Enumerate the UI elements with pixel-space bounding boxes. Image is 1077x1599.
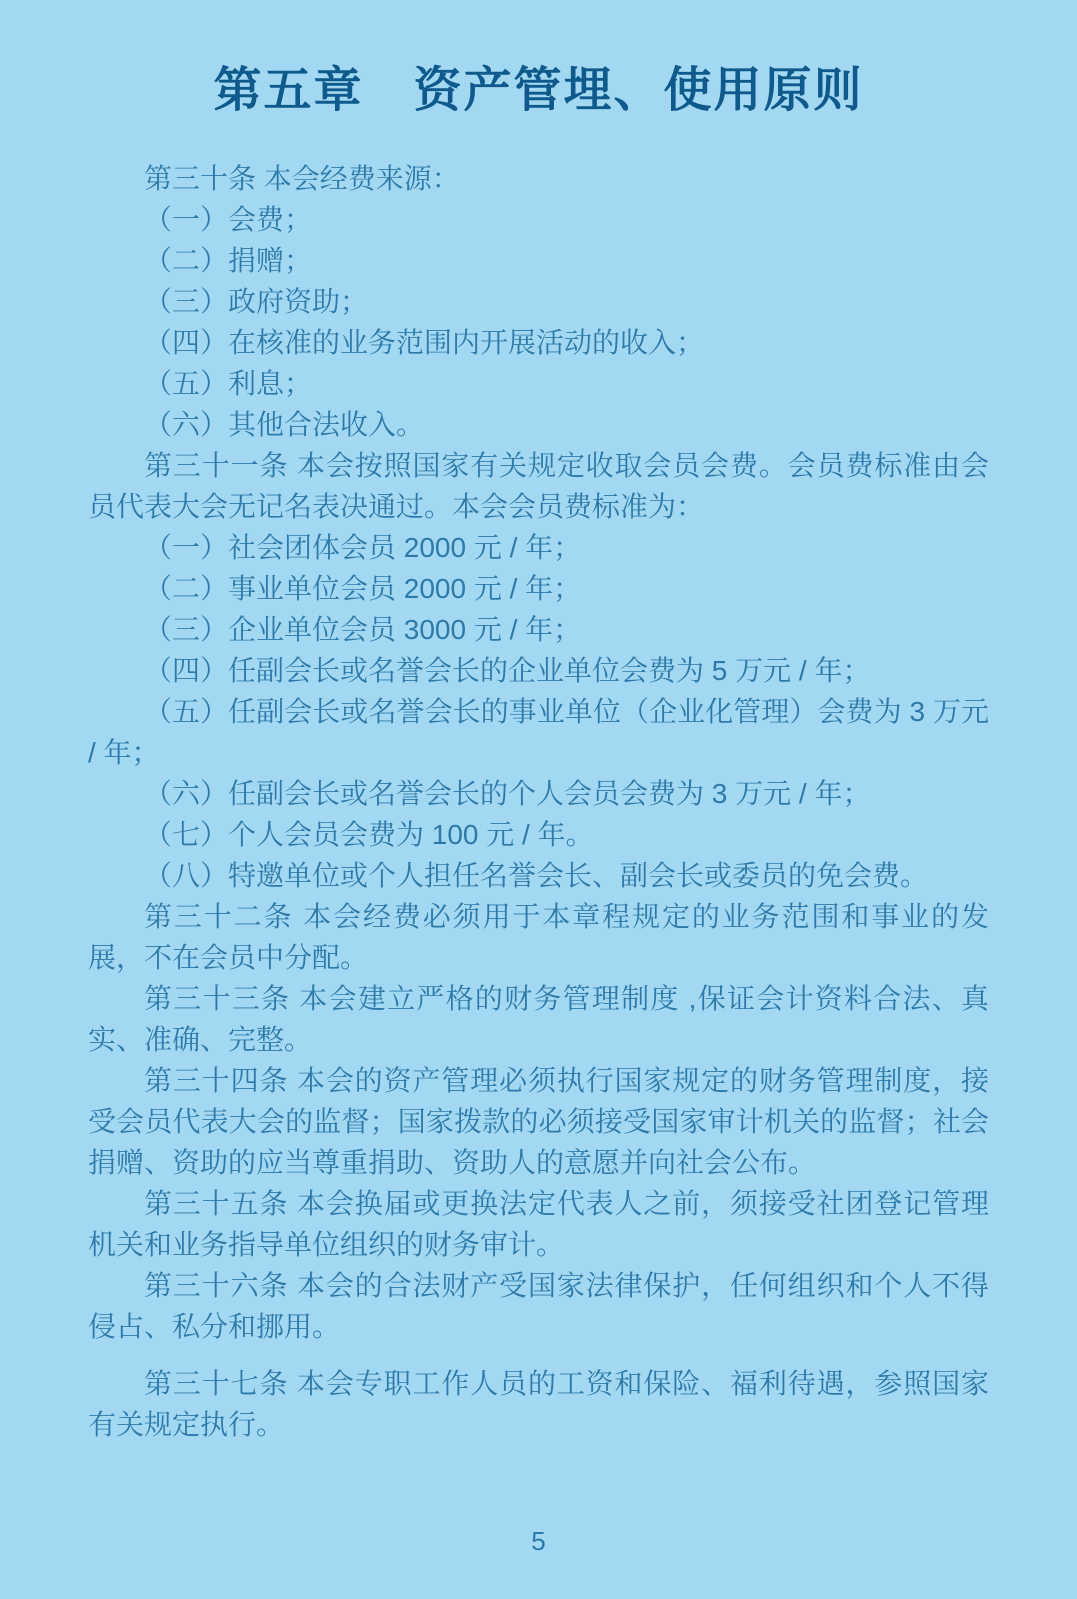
- paragraph: 第三十六条 本会的合法财产受国家法律保护，任何组织和个人不得侵占、私分和挪用。: [88, 1265, 989, 1347]
- paragraph: （六）任副会长或名誉会长的个人会员会费为 3 万元 / 年；: [88, 773, 989, 814]
- paragraph: 第三十二条 本会经费必须用于本章程规定的业务范围和事业的发展，不在会员中分配。: [88, 896, 989, 978]
- paragraph: 第三十一条 本会按照国家有关规定收取会员会费。会员费标准由会员代表大会无记名表决…: [88, 445, 989, 527]
- paragraph: 第三十七条 本会专职工作人员的工资和保险、福利待遇，参照国家有关规定执行。: [88, 1363, 989, 1445]
- paragraph: （四）在核准的业务范围内开展活动的收入；: [88, 322, 989, 363]
- document-page: 第五章 资产管埋、使用原则 第三十条 本会经费来源：（一）会费；（二）捐赠；（三…: [0, 0, 1077, 1599]
- paragraph: 第三十三条 本会建立严格的财务管理制度 ,保证会计资料合法、真实、准确、完整。: [88, 978, 989, 1060]
- chapter-title: 第五章 资产管埋、使用原则: [0, 62, 1077, 120]
- paragraph: （一）社会团体会员 2000 元 / 年；: [88, 527, 989, 568]
- paragraph: （二）捐赠；: [88, 240, 989, 281]
- document-body: 第三十条 本会经费来源：（一）会费；（二）捐赠；（三）政府资助；（四）在核准的业…: [0, 158, 1077, 1445]
- paragraph: （八）特邀单位或个人担任名誉会长、副会长或委员的免会费。: [88, 855, 989, 896]
- paragraph: （五）利息；: [88, 363, 989, 404]
- paragraph: 第三十四条 本会的资产管理必须执行国家规定的财务管理制度，接受会员代表大会的监督…: [88, 1060, 989, 1183]
- paragraph: （六）其他合法收入。: [88, 404, 989, 445]
- paragraph: （三）企业单位会员 3000 元 / 年；: [88, 609, 989, 650]
- paragraph: 第三十五条 本会换届或更换法定代表人之前，须接受社团登记管理机关和业务指导单位组…: [88, 1183, 989, 1265]
- paragraph: 第三十条 本会经费来源：: [88, 158, 989, 199]
- paragraph: （五）任副会长或名誉会长的事业单位（企业化管理）会费为 3 万元 / 年；: [88, 691, 989, 773]
- paragraph: （四）任副会长或名誉会长的企业单位会费为 5 万元 / 年；: [88, 650, 989, 691]
- paragraph: （二）事业单位会员 2000 元 / 年；: [88, 568, 989, 609]
- paragraph: （七）个人会员会费为 100 元 / 年。: [88, 814, 989, 855]
- paragraph: （一）会费；: [88, 199, 989, 240]
- page-number: 5: [0, 1526, 1077, 1557]
- paragraph: （三）政府资助；: [88, 281, 989, 322]
